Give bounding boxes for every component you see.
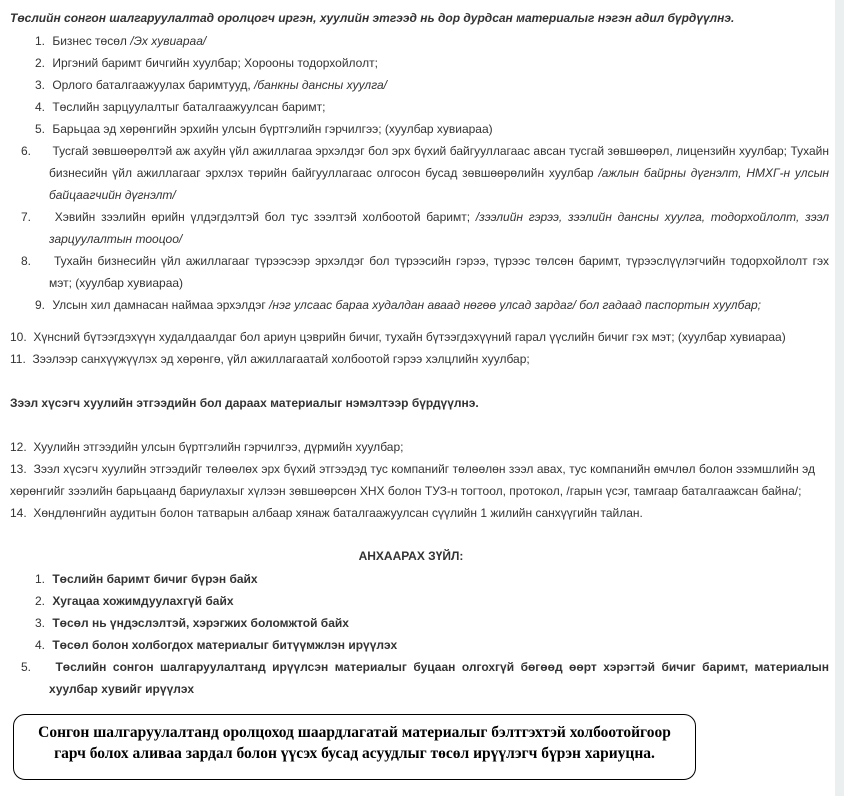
- item-text: Төслийн сонгон шалгаруулалтанд ирүүлсэн …: [49, 660, 829, 696]
- right-sidebar-edge: [835, 0, 844, 796]
- item-text: Хүнсний бүтээгдэхүүн худалдаалдаг бол ар…: [33, 330, 785, 344]
- list-item: 14. Хөндлөнгийн аудитын болон татварын а…: [10, 502, 815, 524]
- list-item: 10. Хүнсний бүтээгдэхүүн худалдаалдаг бо…: [10, 326, 815, 348]
- item-note: /Эх хувиараа/: [130, 34, 206, 48]
- item-note: /банкны дансны хуулга/: [254, 78, 387, 92]
- item-number: 1.: [35, 30, 49, 52]
- item-text: Иргэний баримт бичгийн хуулбар; Хорооны …: [52, 56, 378, 70]
- list-item: 1. Бизнес төсөл /Эх хувиараа/: [35, 30, 815, 52]
- item-number: 2.: [35, 52, 49, 74]
- list-item: 13. Зээл хүсэгч хуулийн этгээдийг төлөөл…: [10, 458, 815, 502]
- intro-heading: Төслийн сонгон шалгаруулалтад оролцогч и…: [10, 10, 820, 26]
- warning-item: 4. Төсөл болон холбогдох материалыг битү…: [35, 634, 815, 656]
- section-heading: Зээл хүсэгч хуулийн этгээдийн бол дараах…: [10, 395, 479, 411]
- notice-line-2: гарч болох аливаа зардал болон үүсэх бус…: [14, 743, 695, 764]
- item-text: Төслийн баримт бичиг бүрэн байх: [52, 572, 257, 586]
- warning-item: 1. Төслийн баримт бичиг бүрэн байх: [35, 568, 815, 590]
- list-item: 2. Иргэний баримт бичгийн хуулбар; Хороо…: [35, 52, 815, 74]
- item-number: 11.: [10, 352, 26, 366]
- item-text: Улсын хил дамнасан наймаа эрхэлдэг: [52, 298, 269, 312]
- item-number: 9.: [35, 294, 49, 316]
- item-number: 5.: [35, 118, 49, 140]
- list-item: 9. Улсын хил дамнасан наймаа эрхэлдэг /н…: [35, 294, 815, 316]
- warning-item: 3. Төсөл нь үндэслэлтэй, хэрэгжих боломж…: [35, 612, 815, 634]
- item-number: 4.: [35, 96, 49, 118]
- item-number: 3.: [35, 612, 49, 634]
- list-item: 3. Орлого баталгаажуулах баримтууд, /бан…: [35, 74, 815, 96]
- list-item: 8. Тухайн бизнесийн үйл ажиллагааг түрээ…: [35, 250, 829, 294]
- item-text: Бизнес төсөл: [52, 34, 130, 48]
- item-text: Төслийн зарцуулалтыг баталгаажуулсан бар…: [52, 100, 325, 114]
- item-number: 2.: [35, 590, 49, 612]
- item-number: 7.: [35, 206, 49, 228]
- warning-heading: АНХААРАХ ЗҮЙЛ:: [0, 548, 822, 564]
- item-number: 4.: [35, 634, 49, 656]
- item-number: 13.: [10, 462, 27, 476]
- item-text: Тухайн бизнесийн үйл ажиллагааг түрээсээ…: [49, 254, 829, 290]
- item-text: Барьцаа эд хөрөнгийн эрхийн улсын бүртгэ…: [52, 122, 492, 136]
- item-number: 3.: [35, 74, 49, 96]
- item-text: Хугацаа хожимдуулахгүй байх: [52, 594, 233, 608]
- item-number: 10.: [10, 330, 27, 344]
- list-item: 7. Хэвийн зээлийн өрийн үлдэгдэлтэй бол …: [35, 206, 829, 250]
- document-content: Төслийн сонгон шалгаруулалтад оролцогч и…: [0, 0, 835, 796]
- warning-item: 2. Хугацаа хожимдуулахгүй байх: [35, 590, 815, 612]
- item-text: Зээлээр санхүүжүүлэх эд хөрөнгө, үйл ажи…: [32, 352, 529, 366]
- list-item: 4. Төслийн зарцуулалтыг баталгаажуулсан …: [35, 96, 815, 118]
- list-item: 11. Зээлээр санхүүжүүлэх эд хөрөнгө, үйл…: [10, 348, 815, 370]
- item-text: Орлого баталгаажуулах баримтууд,: [52, 78, 254, 92]
- item-text: Хэвийн зээлийн өрийн үлдэгдэлтэй бол тус…: [55, 210, 476, 224]
- notice-line-1: Сонгон шалгаруулалтанд оролцоход шаардла…: [14, 722, 695, 743]
- list-item: 12. Хуулийн этгээдийн улсын бүртгэлийн г…: [10, 436, 815, 458]
- item-text: Төсөл нь үндэслэлтэй, хэрэгжих боломжтой…: [52, 616, 349, 630]
- item-number: 8.: [35, 250, 49, 272]
- item-number: 5.: [35, 656, 49, 678]
- list-item: 5. Барьцаа эд хөрөнгийн эрхийн улсын бүр…: [35, 118, 815, 140]
- item-text: Зээл хүсэгч хуулийн этгээдийг төлөөлөх э…: [10, 462, 815, 498]
- notice-box: Сонгон шалгаруулалтанд оролцоход шаардла…: [13, 714, 696, 780]
- list-item: 6. Тусгай зөвшөөрөлтэй аж ахуйн үйл ажил…: [35, 140, 829, 206]
- item-text: Төсөл болон холбогдох материалыг битүүмж…: [52, 638, 397, 652]
- item-number: 6.: [35, 140, 49, 162]
- item-text: Хуулийн этгээдийн улсын бүртгэлийн гэрчи…: [33, 440, 403, 454]
- item-number: 1.: [35, 568, 49, 590]
- warning-item: 5. Төслийн сонгон шалгаруулалтанд ирүүлс…: [35, 656, 829, 700]
- item-text: Хөндлөнгийн аудитын болон татварын албаа…: [33, 506, 643, 520]
- item-note: /нэг улсаас бараа худалдан аваад нөгөө у…: [269, 298, 761, 312]
- item-number: 14.: [10, 506, 27, 520]
- item-number: 12.: [10, 440, 27, 454]
